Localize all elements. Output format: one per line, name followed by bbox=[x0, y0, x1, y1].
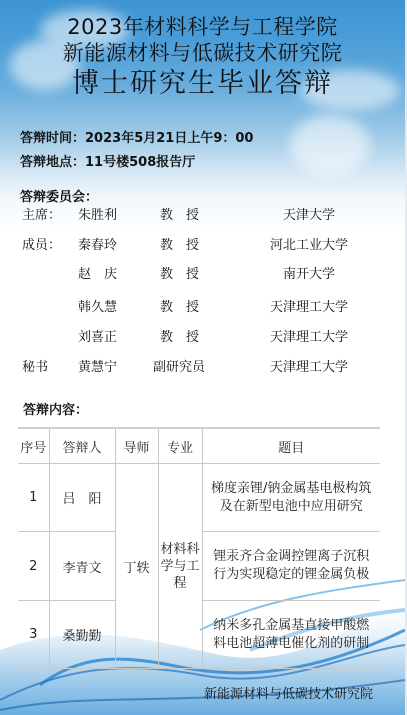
member-name: 赵 庆 bbox=[78, 263, 117, 282]
defense-place-label: 答辩地点： bbox=[20, 155, 85, 170]
member-title: 教 授 bbox=[160, 263, 210, 282]
member-role: 成员： bbox=[22, 234, 61, 253]
topic-line: 行为实现稳定的锂金属负极 bbox=[207, 566, 377, 584]
poster: 2023年材料科学与工程学院 新能源材料与低碳技术研究院 博士研究生毕业答辩 答… bbox=[0, 0, 405, 715]
committee-member: 韩久慧 教 授 天津理工大学 bbox=[0, 296, 405, 316]
cell-topic: 纳米多孔金属基直接甲酸燃 料电池超薄电催化剂的研制 bbox=[202, 601, 380, 669]
member-name: 韩久慧 bbox=[78, 296, 117, 315]
table-header-row: 序号 答辩人 导师 专业 题目 bbox=[18, 428, 380, 464]
cell-supervisor: 丁轶 bbox=[115, 464, 158, 669]
member-title: 教 授 bbox=[160, 326, 210, 345]
cell-no: 3 bbox=[18, 601, 49, 669]
member-org: 天津理工大学 bbox=[250, 326, 368, 345]
major-line: 材料科 bbox=[159, 541, 202, 558]
member-org: 河北工业大学 bbox=[250, 234, 368, 253]
content-heading: 答辩内容： bbox=[23, 399, 88, 418]
defense-place: 答辩地点：11号楼508报告厅 bbox=[20, 151, 195, 170]
header-supervisor: 导师 bbox=[115, 428, 158, 464]
title-event: 博士研究生毕业答辩 bbox=[0, 67, 405, 101]
cell-no: 2 bbox=[18, 532, 49, 601]
member-org: 天津理工大学 bbox=[250, 296, 368, 315]
header-topic: 题目 bbox=[202, 428, 380, 464]
header-no: 序号 bbox=[18, 428, 49, 464]
defense-time-value: 2023年5月21日上午9：00 bbox=[85, 131, 253, 146]
member-role: 秘书 bbox=[22, 356, 48, 375]
member-role: 主席： bbox=[22, 204, 61, 223]
cell-topic: 锂汞齐合金调控锂离子沉积 行为实现稳定的锂金属负极 bbox=[202, 532, 380, 601]
cell-candidate: 桑勤勤 bbox=[49, 601, 115, 669]
topic-line: 梯度亲锂/钠金属基电极构筑 bbox=[207, 480, 377, 498]
member-name: 秦春玲 bbox=[78, 234, 117, 253]
cell-candidate: 吕 阳 bbox=[49, 464, 115, 532]
topic-line: 锂汞齐合金调控锂离子沉积 bbox=[207, 548, 377, 566]
major-line: 程 bbox=[159, 575, 202, 592]
member-title: 教 授 bbox=[160, 234, 210, 253]
topic-line: 料电池超薄电催化剂的研制 bbox=[207, 635, 377, 653]
committee-member: 主席： 朱胜利 教 授 天津大学 bbox=[0, 204, 405, 224]
title-institute: 新能源材料与低碳技术研究院 bbox=[0, 40, 405, 66]
member-name: 朱胜利 bbox=[78, 204, 117, 223]
defense-time-label: 答辩时间： bbox=[20, 131, 85, 146]
member-org: 天津大学 bbox=[250, 204, 368, 223]
member-org: 南开大学 bbox=[250, 263, 368, 282]
member-title: 教 授 bbox=[160, 204, 210, 223]
cell-topic: 梯度亲锂/钠金属基电极构筑 及在新型电池中应用研究 bbox=[202, 464, 380, 532]
member-org: 天津理工大学 bbox=[250, 356, 368, 375]
member-title: 教 授 bbox=[160, 296, 210, 315]
header-major: 专业 bbox=[158, 428, 202, 464]
committee-member: 刘喜正 教 授 天津理工大学 bbox=[0, 326, 405, 346]
member-title: 副研究员 bbox=[153, 356, 203, 375]
header-candidate: 答辩人 bbox=[49, 428, 115, 464]
defense-table: 序号 答辩人 导师 专业 题目 1 吕 阳 丁轶 材料科 学与工 程 梯度亲锂/… bbox=[18, 427, 380, 669]
committee-member: 成员： 秦春玲 教 授 河北工业大学 bbox=[0, 234, 405, 254]
cloud-decoration bbox=[290, 115, 370, 175]
committee-member: 秘书 黄慧宁 副研究员 天津理工大学 bbox=[0, 356, 405, 376]
major-line: 学与工 bbox=[159, 558, 202, 575]
member-name: 刘喜正 bbox=[78, 326, 117, 345]
cell-candidate: 李青文 bbox=[49, 532, 115, 601]
committee-heading: 答辩委员会： bbox=[20, 186, 98, 205]
table-row: 1 吕 阳 丁轶 材料科 学与工 程 梯度亲锂/钠金属基电极构筑 及在新型电池中… bbox=[18, 464, 380, 532]
topic-line: 及在新型电池中应用研究 bbox=[207, 498, 377, 516]
poster-title: 2023年材料科学与工程学院 新能源材料与低碳技术研究院 博士研究生毕业答辩 bbox=[0, 14, 405, 101]
topic-line: 纳米多孔金属基直接甲酸燃 bbox=[207, 617, 377, 635]
committee-member: 赵 庆 教 授 南开大学 bbox=[0, 263, 405, 283]
member-name: 黄慧宁 bbox=[78, 356, 117, 375]
cell-no: 1 bbox=[18, 464, 49, 532]
defense-time: 答辩时间：2023年5月21日上午9：00 bbox=[20, 127, 253, 146]
title-school: 2023年材料科学与工程学院 bbox=[0, 14, 405, 40]
footer-org: 新能源材料与低碳技术研究院 bbox=[204, 683, 373, 702]
defense-place-value: 11号楼508报告厅 bbox=[85, 155, 195, 170]
cell-major: 材料科 学与工 程 bbox=[158, 464, 202, 669]
